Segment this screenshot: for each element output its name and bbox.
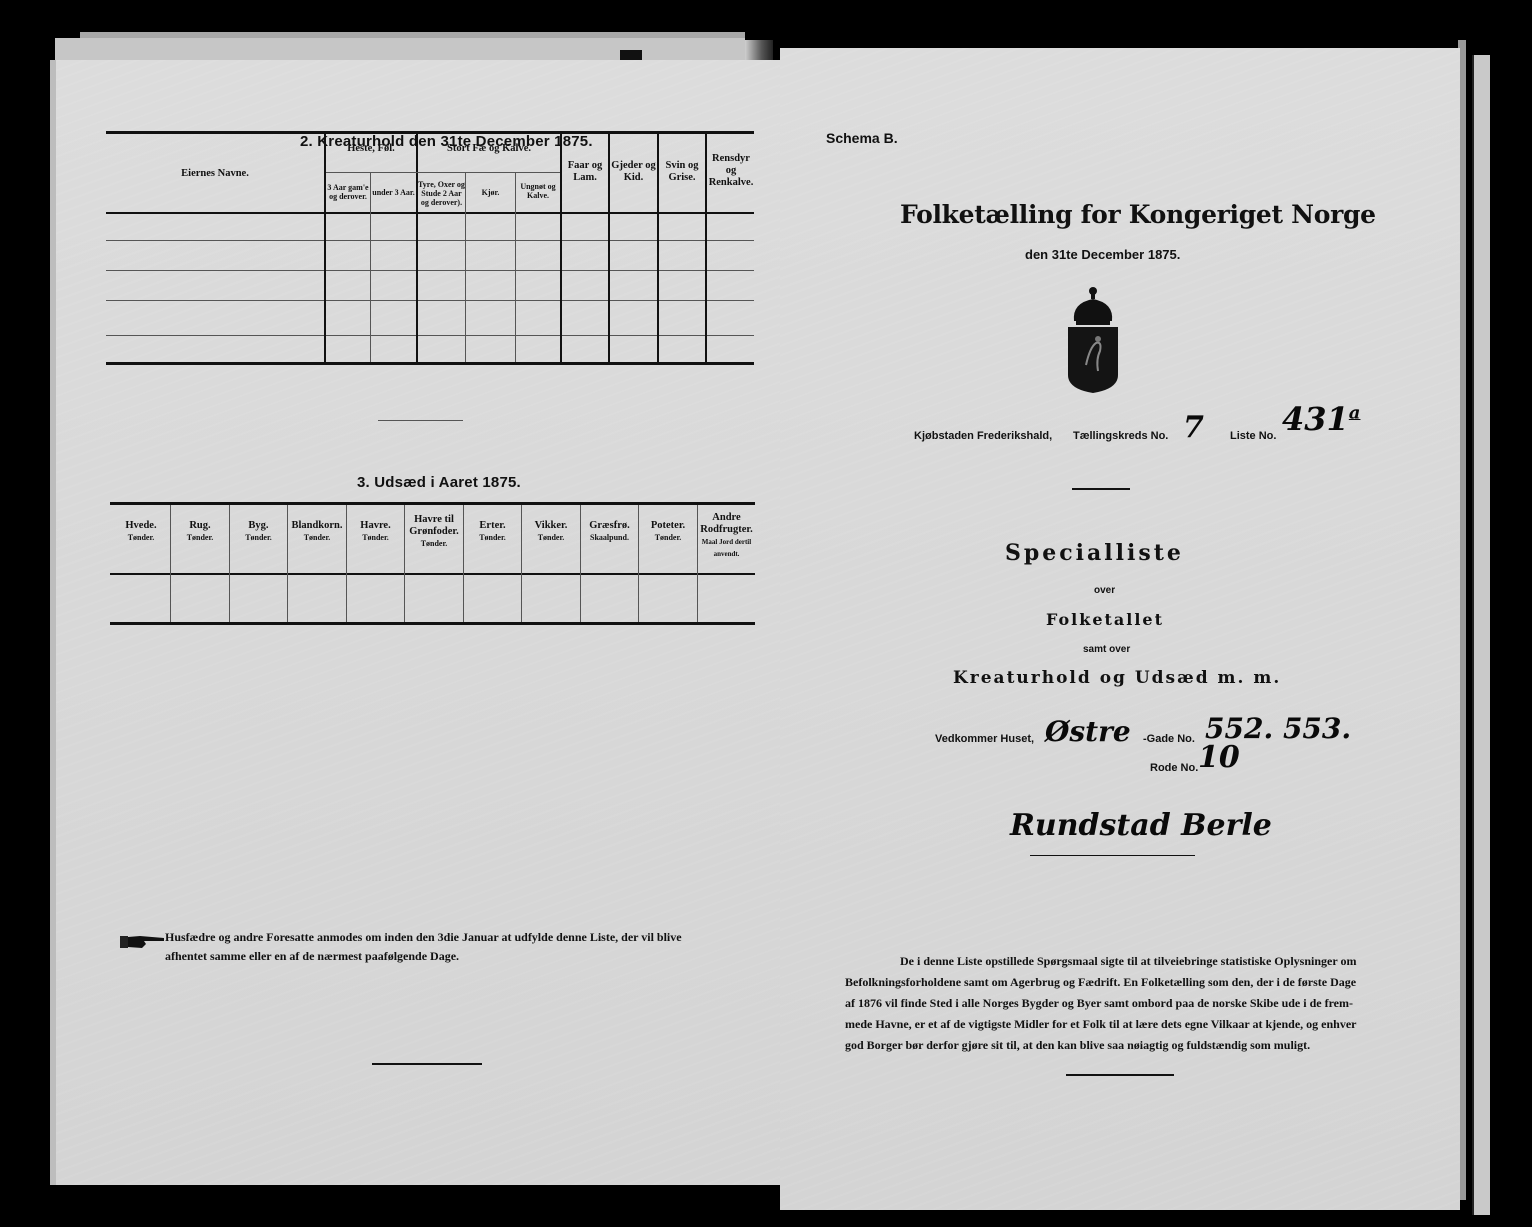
col-poteter: Poteter.	[651, 520, 685, 531]
header-horses-3plus: 3 Aar gam'e og derover.	[326, 183, 370, 201]
list-number: 431	[1282, 400, 1349, 438]
paragraph-line: af 1876 vil finde Sted i alle Norges Byg…	[845, 993, 1455, 1014]
col-havre: Havre.	[360, 520, 390, 531]
paragraph-line: Befolkningsforholdene samt om Agerbrug o…	[845, 972, 1455, 993]
list-suffix: a	[1349, 402, 1361, 423]
samt-over-label: samt over	[1083, 644, 1130, 655]
page-edge	[1472, 55, 1490, 1215]
unit: Tønder.	[538, 533, 565, 542]
unit: Tønder.	[245, 533, 272, 542]
subject-folketallet: Folketallet	[1046, 610, 1164, 629]
specialliste-heading: Specialliste	[1005, 540, 1184, 566]
pointing-hand-icon	[120, 934, 168, 950]
header-horses: Heste, Føl.	[326, 143, 416, 155]
unit: Tønder.	[304, 533, 331, 542]
col-erter: Erter.	[479, 520, 505, 531]
divider	[1066, 1074, 1174, 1076]
subject-kreaturhold: Kreaturhold og Udsæd m. m.	[953, 668, 1281, 688]
schema-label: Schema B.	[826, 130, 898, 146]
col-graesfro: Græsfrø.	[589, 520, 630, 531]
explanation-paragraph: De i denne Liste opstillede Spørgsmaal s…	[845, 951, 1455, 1056]
list-label: Liste No.	[1230, 430, 1276, 442]
header-sheep: Faar og Lam.	[562, 160, 608, 184]
col-havre-gronfoder: Havre til Grønfoder.	[409, 514, 459, 537]
unit: Tønder.	[421, 539, 448, 548]
unit: Tønder.	[362, 533, 389, 542]
paragraph-line: mede Havne, er et af de vigtigste Midler…	[845, 1014, 1455, 1035]
rode-label: Rode No.	[1150, 762, 1198, 774]
district-label: Tællingskreds No.	[1073, 430, 1168, 442]
district-value: 7	[1183, 410, 1204, 445]
divider	[372, 1063, 482, 1065]
unit: Tønder.	[479, 533, 506, 542]
header-owner-names: Eiernes Navne.	[106, 168, 324, 180]
document-title: Folketælling for Kongeriget Norge	[900, 200, 1376, 229]
header-young-cattle: Ungnøt og Kalve.	[516, 182, 560, 200]
unit: Tønder.	[128, 533, 155, 542]
col-byg: Byg.	[248, 520, 268, 531]
signature-line	[1030, 855, 1195, 856]
norwegian-coat-of-arms-icon	[1068, 285, 1118, 393]
col-rug: Rug.	[189, 520, 210, 531]
header-cattle: Stort Fæ og Kalve.	[418, 143, 560, 155]
header-horses-under3: under 3 Aar.	[371, 188, 416, 197]
street-value: Østre	[1045, 715, 1131, 748]
signature: Rundstad Berle	[1010, 808, 1272, 843]
house-label: Vedkommer Huset,	[935, 733, 1034, 745]
notice-text: Husfædre og andre Foresatte anmodes om i…	[165, 928, 755, 966]
document-date: den 31te December 1875.	[1025, 247, 1180, 262]
col-blandkorn: Blandkorn.	[291, 520, 342, 531]
header-goats: Gjeder og Kid.	[610, 160, 657, 184]
unit: Skaalpund.	[590, 533, 629, 542]
col-andre-rodfrugter: Andre Rodfrugter.	[700, 512, 752, 535]
street-label: -Gade No.	[1143, 733, 1195, 745]
unit: Tønder.	[187, 533, 214, 542]
paragraph-line: De i denne Liste opstillede Spørgsmaal s…	[845, 951, 1455, 972]
section3-title: 3. Udsæd i Aaret 1875.	[357, 474, 521, 491]
list-value: 431a	[1282, 400, 1360, 438]
unit: Tønder.	[655, 533, 682, 542]
town-label: Kjøbstaden Frederikshald,	[914, 430, 1052, 442]
header-pigs: Svin og Grise.	[659, 160, 705, 184]
paragraph-line: god Borger bør derfor gjøre sit til, at …	[845, 1035, 1455, 1056]
unit: Maal Jord dertil anvendt.	[702, 538, 751, 558]
notice-line: Husfædre og andre Foresatte anmodes om i…	[165, 928, 755, 947]
col-vikker: Vikker.	[535, 520, 568, 531]
rode-value: 10	[1198, 740, 1240, 775]
header-reindeer: Rensdyr og Renkalve.	[707, 153, 755, 189]
header-cows: Kjør.	[466, 188, 515, 197]
header-bulls: Tyre, Oxer og Stude 2 Aar og derover).	[418, 180, 465, 207]
notice-line: afhentet samme eller en af de nærmest pa…	[165, 947, 755, 966]
col-hvede: Hvede.	[125, 520, 156, 531]
divider	[1072, 488, 1130, 490]
divider	[378, 420, 463, 421]
over-label: over	[1094, 585, 1115, 596]
